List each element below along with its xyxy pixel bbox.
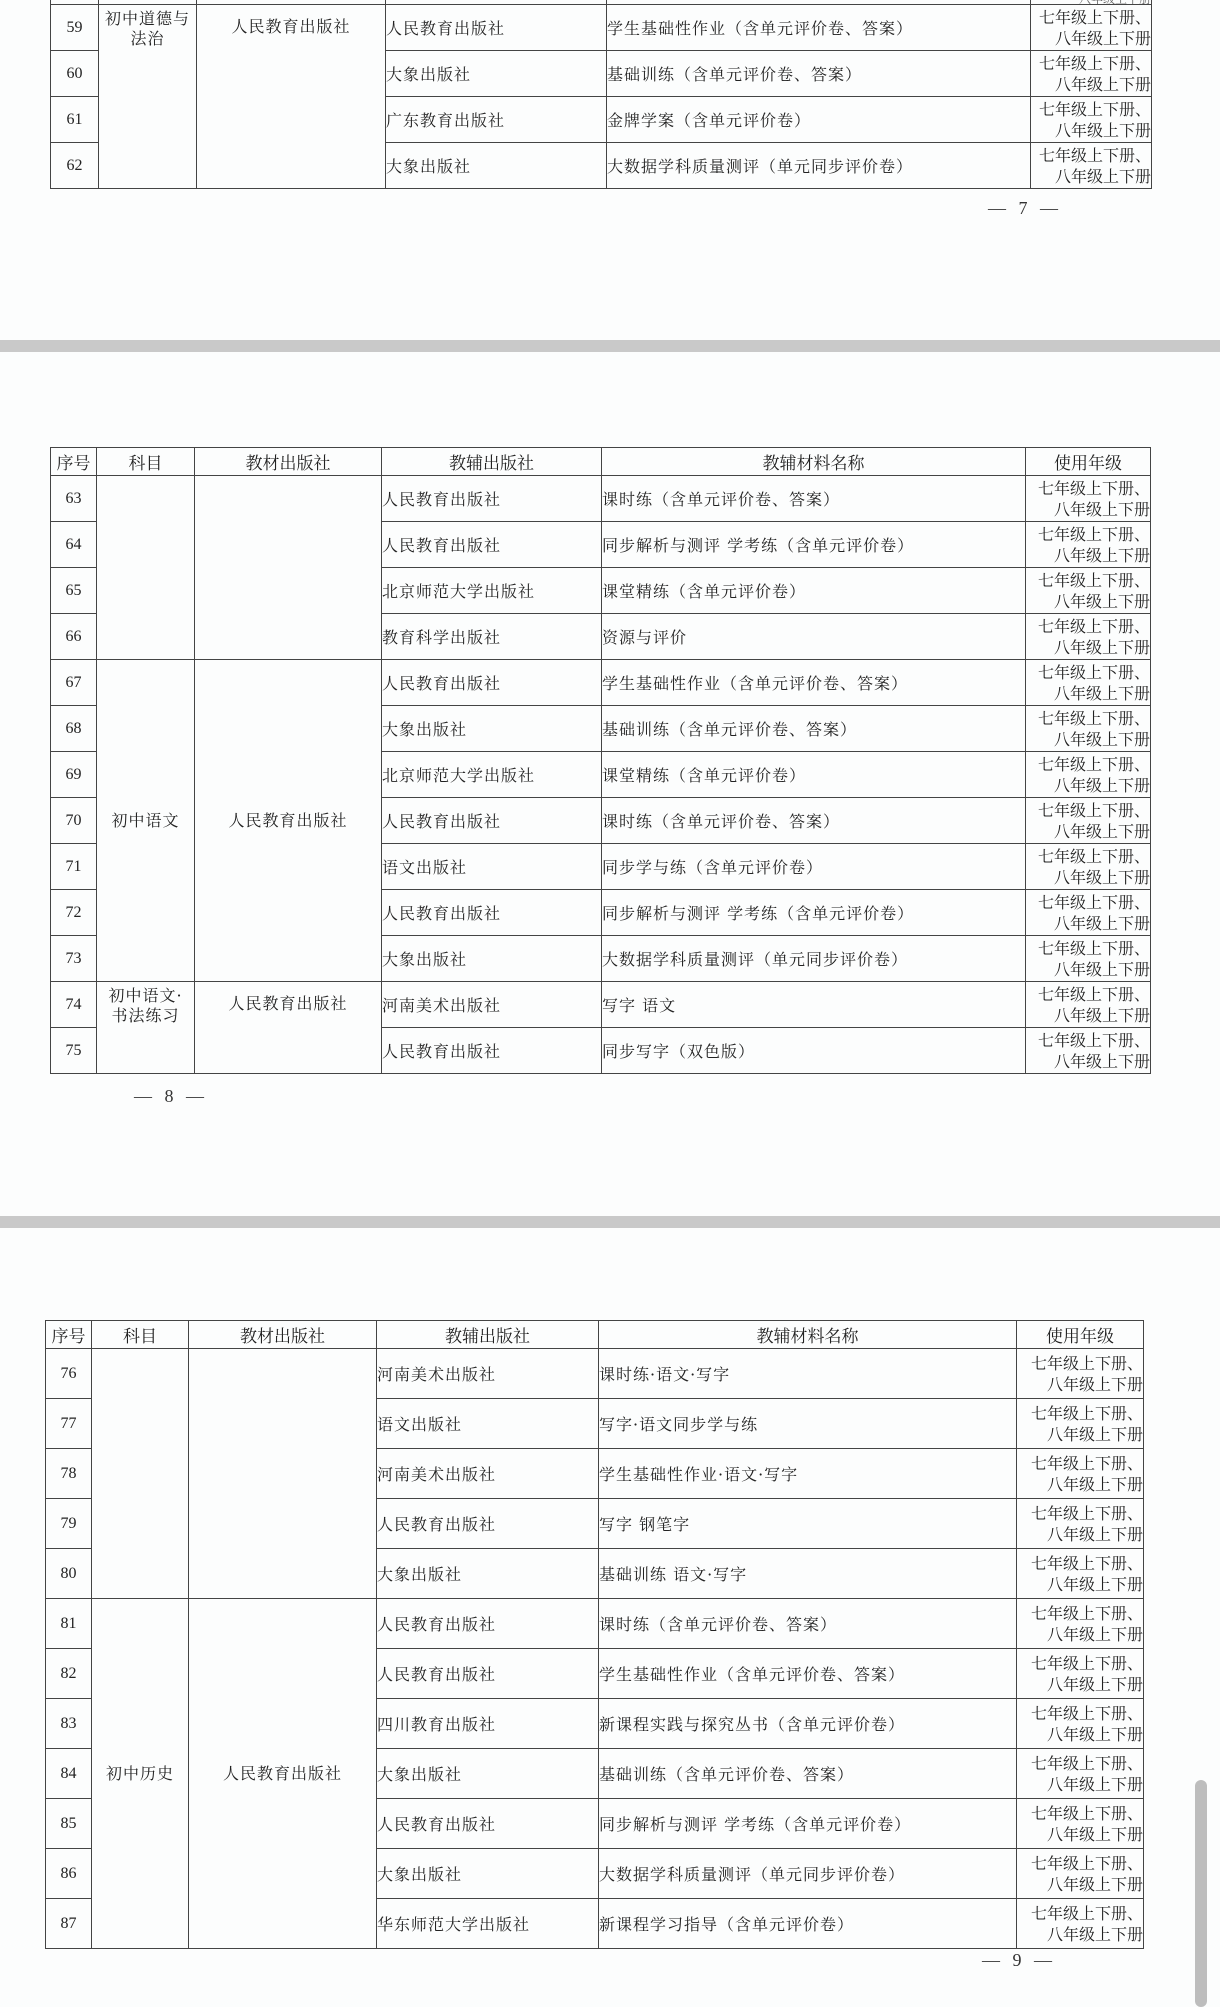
aux-publisher-cell: 教育科学出版社: [382, 614, 602, 660]
grade-line: 七年级上下册、: [1017, 1603, 1143, 1624]
grade-cell: 七年级上下册、八年级上下册: [1031, 51, 1152, 97]
grade-line: 八年级上下册: [1026, 499, 1150, 520]
header-subject: 科目: [92, 1321, 189, 1349]
aux-publisher-cell: 人民教育出版社: [382, 890, 602, 936]
grade-cell: 七年级上下册、八年级上下册: [1017, 1349, 1144, 1399]
textbook-publisher-cell: 人民教育出版社: [189, 1599, 377, 1949]
header-material-name: 教辅材料名称: [602, 448, 1026, 476]
grade-line: 八年级上下册: [1026, 729, 1150, 750]
seq-cell: 67: [51, 660, 97, 706]
subject-cell: 初中语文: [97, 660, 195, 982]
aux-publisher-cell: 北京师范大学出版社: [382, 752, 602, 798]
grade-line: 七年级上下册、: [1026, 524, 1150, 545]
seq-cell: 78: [46, 1449, 92, 1499]
subject-line: 初中道德与: [99, 9, 196, 29]
grade-line: 八年级上下册: [1026, 637, 1150, 658]
table-row: 74 初中语文· 书法练习 人民教育出版社 河南美术出版社 写字 语文 七年级上…: [51, 982, 1151, 1028]
aux-publisher-cell: 人民教育出版社: [386, 5, 607, 51]
aux-publisher-cell: 人民教育出版社: [382, 522, 602, 568]
seq-cell: 66: [51, 614, 97, 660]
page-7-table: 八年级上下册 59 初中道德与 法治 人民教育出版社 人民教育出版社 学生基础性…: [50, 0, 1152, 189]
material-name-cell: 同步解析与测评 学考练（含单元评价卷）: [599, 1799, 1017, 1849]
grade-line: 七年级上下册、: [1026, 478, 1150, 499]
grade-cell: 七年级上下册、八年级上下册: [1017, 1849, 1144, 1899]
header-seq: 序号: [46, 1321, 92, 1349]
aux-publisher-cell: 四川教育出版社: [377, 1699, 599, 1749]
material-name-cell: 学生基础性作业（含单元评价卷、答案）: [602, 660, 1026, 706]
grade-line: 八年级上下册: [1017, 1474, 1143, 1495]
grade-line: 八年级上下册: [1017, 1774, 1143, 1795]
grade-cell: 七年级上下册、八年级上下册: [1026, 890, 1151, 936]
grade-line: 七年级上下册、: [1031, 145, 1151, 166]
seq-cell: 62: [51, 143, 99, 189]
material-name-cell: 基础训练（含单元评价卷、答案）: [607, 51, 1031, 97]
textbook-publisher-cell: 人民教育出版社: [195, 660, 382, 982]
seq-cell: 76: [46, 1349, 92, 1399]
textbook-publisher-cell: [189, 1349, 377, 1599]
grade-cell: 七年级上下册、八年级上下册: [1017, 1699, 1144, 1749]
grade-line: 八年级上下册: [1026, 913, 1150, 934]
material-name-cell: 大数据学科质量测评（单元同步评价卷）: [607, 143, 1031, 189]
grade-line: 七年级上下册、: [1017, 1403, 1143, 1424]
seq-cell: 68: [51, 706, 97, 752]
grade-cell: 七年级上下册、八年级上下册: [1026, 936, 1151, 982]
aux-publisher-cell: 大象出版社: [377, 1849, 599, 1899]
table-row: 76 河南美术出版社 课时练·语文·写字 七年级上下册、八年级上下册: [46, 1349, 1144, 1399]
material-name-cell: 课时练·语文·写字: [599, 1349, 1017, 1399]
table-row: 63 人民教育出版社 课时练（含单元评价卷、答案） 七年级上下册、八年级上下册: [51, 476, 1151, 522]
aux-publisher-cell: 大象出版社: [386, 51, 607, 97]
grade-cell: 七年级上下册、八年级上下册: [1026, 982, 1151, 1028]
aux-publisher-cell: 人民教育出版社: [382, 660, 602, 706]
subject-line: 书法练习: [97, 1006, 194, 1026]
grade-line: 七年级上下册、: [1031, 7, 1151, 28]
textbook-publisher-cell: 人民教育出版社: [195, 982, 382, 1074]
grade-line: 七年级上下册、: [1026, 754, 1150, 775]
grade-cell: 七年级上下册、八年级上下册: [1017, 1499, 1144, 1549]
seq-cell: 61: [51, 97, 99, 143]
grade-line: 七年级上下册、: [1017, 1503, 1143, 1524]
header-seq: 序号: [51, 448, 97, 476]
grade-line: 七年级上下册、: [1017, 1803, 1143, 1824]
grade-line: 八年级上下册: [1017, 1724, 1143, 1745]
aux-publisher-cell: 人民教育出版社: [382, 1028, 602, 1074]
material-name-cell: 大数据学科质量测评（单元同步评价卷）: [602, 936, 1026, 982]
grade-line: 七年级上下册、: [1017, 1653, 1143, 1674]
grade-line: 七年级上下册、: [1026, 800, 1150, 821]
seq-cell: 82: [46, 1649, 92, 1699]
vertical-scrollbar[interactable]: [1195, 1780, 1207, 2007]
seq-cell: 75: [51, 1028, 97, 1074]
grade-line: 八年级上下册: [1026, 867, 1150, 888]
grade-line: 八年级上下册: [1026, 775, 1150, 796]
seq-cell: 69: [51, 752, 97, 798]
grade-cell: 七年级上下册、八年级上下册: [1026, 706, 1151, 752]
seq-cell: 70: [51, 798, 97, 844]
grade-cell: 七年级上下册、八年级上下册: [1031, 143, 1152, 189]
seq-cell: 60: [51, 51, 99, 97]
seq-cell: 74: [51, 982, 97, 1028]
grade-cell: 七年级上下册、八年级上下册: [1026, 522, 1151, 568]
aux-publisher-cell: 大象出版社: [377, 1549, 599, 1599]
grade-cell: 七年级上下册、八年级上下册: [1026, 476, 1151, 522]
seq-cell: 85: [46, 1799, 92, 1849]
material-name-cell: 同步解析与测评 学考练（含单元评价卷）: [602, 522, 1026, 568]
material-name-cell: 写字·语文同步学与练: [599, 1399, 1017, 1449]
material-name-cell: 写字 钢笔字: [599, 1499, 1017, 1549]
aux-publisher-cell: 北京师范大学出版社: [382, 568, 602, 614]
material-name-cell: 基础训练（含单元评价卷、答案）: [599, 1749, 1017, 1799]
subject-line: 初中语文·: [97, 986, 194, 1006]
table-row: 59 初中道德与 法治 人民教育出版社 人民教育出版社 学生基础性作业（含单元评…: [51, 5, 1152, 51]
grade-cell: 七年级上下册、八年级上下册: [1026, 844, 1151, 890]
seq-cell: 77: [46, 1399, 92, 1449]
grade-cell: 七年级上下册、八年级上下册: [1017, 1799, 1144, 1849]
grade-line: 七年级上下册、: [1026, 938, 1150, 959]
seq-cell: 59: [51, 5, 99, 51]
grade-line: 七年级上下册、: [1026, 984, 1150, 1005]
grade-line: 八年级上下册: [1026, 1005, 1150, 1026]
aux-publisher-cell: 人民教育出版社: [377, 1649, 599, 1699]
grade-line: 八年级上下册: [1017, 1874, 1143, 1895]
subject-cell: [97, 476, 195, 660]
header-grade: 使用年级: [1017, 1321, 1144, 1349]
grade-line: 八年级上下册: [1017, 1624, 1143, 1645]
subject-line: 法治: [99, 29, 196, 49]
grade-cell: 七年级上下册、八年级上下册: [1017, 1399, 1144, 1449]
aux-publisher-cell: 河南美术出版社: [377, 1349, 599, 1399]
grade-cell: 七年级上下册、八年级上下册: [1017, 1599, 1144, 1649]
aux-publisher-cell: 大象出版社: [386, 143, 607, 189]
material-name-cell: 新课程实践与探究丛书（含单元评价卷）: [599, 1699, 1017, 1749]
grade-line: 八年级上下册: [1031, 166, 1151, 187]
grade-line: 八年级上下册: [1026, 1051, 1150, 1072]
seq-cell: 83: [46, 1699, 92, 1749]
seq-cell: 71: [51, 844, 97, 890]
grade-cell: 七年级上下册、八年级上下册: [1026, 1028, 1151, 1074]
material-name-cell: 大数据学科质量测评（单元同步评价卷）: [599, 1849, 1017, 1899]
seq-cell: 65: [51, 568, 97, 614]
aux-publisher-cell: 语文出版社: [377, 1399, 599, 1449]
grade-line: 八年级上下册: [1017, 1924, 1143, 1945]
aux-publisher-cell: 大象出版社: [382, 936, 602, 982]
grade-cell: 七年级上下册、八年级上下册: [1026, 568, 1151, 614]
grade-line: 七年级上下册、: [1017, 1703, 1143, 1724]
material-name-cell: 金牌学案（含单元评价卷）: [607, 97, 1031, 143]
grade-cell: 七年级上下册、八年级上下册: [1026, 798, 1151, 844]
grade-cell: 七年级上下册、八年级上下册: [1031, 97, 1152, 143]
grade-cell: 七年级上下册、八年级上下册: [1017, 1899, 1144, 1949]
aux-publisher-cell: 广东教育出版社: [386, 97, 607, 143]
textbook-publisher-cell: [195, 476, 382, 660]
header-aux-publisher: 教辅出版社: [377, 1321, 599, 1349]
grade-line: 八年级上下册: [1026, 545, 1150, 566]
grade-line: 七年级上下册、: [1017, 1353, 1143, 1374]
aux-publisher-cell: 华东师范大学出版社: [377, 1899, 599, 1949]
page-number: — 9 —: [982, 1950, 1056, 1971]
material-name-cell: 同步解析与测评 学考练（含单元评价卷）: [602, 890, 1026, 936]
page-9: 序号 科目 教材出版社 教辅出版社 教辅材料名称 使用年级 76 河南美术出版社…: [0, 1228, 1220, 2007]
header-grade: 使用年级: [1026, 448, 1151, 476]
grade-line: 七年级上下册、: [1026, 892, 1150, 913]
table-header-row: 序号 科目 教材出版社 教辅出版社 教辅材料名称 使用年级: [51, 448, 1151, 476]
aux-publisher-cell: 人民教育出版社: [377, 1799, 599, 1849]
page-8-table: 序号 科目 教材出版社 教辅出版社 教辅材料名称 使用年级 63 人民教育出版社…: [50, 447, 1151, 1074]
grade-line: 八年级上下册: [1031, 28, 1151, 49]
material-name-cell: 课时练（含单元评价卷、答案）: [602, 798, 1026, 844]
material-name-cell: 基础训练 语文·写字: [599, 1549, 1017, 1599]
aux-publisher-cell: 河南美术出版社: [377, 1449, 599, 1499]
grade-cell: 七年级上下册、八年级上下册: [1026, 614, 1151, 660]
grade-cell: 七年级上下册、八年级上下册: [1017, 1549, 1144, 1599]
grade-line: 八年级上下册: [1031, 74, 1151, 95]
grade-line: 七年级上下册、: [1031, 99, 1151, 120]
grade-line: 八年级上下册: [1026, 683, 1150, 704]
material-name-cell: 基础训练（含单元评价卷、答案）: [602, 706, 1026, 752]
grade-line: 八年级上下册: [1017, 1824, 1143, 1845]
material-name-cell: 学生基础性作业·语文·写字: [599, 1449, 1017, 1499]
seq-cell: 87: [46, 1899, 92, 1949]
material-name-cell: 课时练（含单元评价卷、答案）: [602, 476, 1026, 522]
grade-line: 七年级上下册、: [1026, 570, 1150, 591]
material-name-cell: 学生基础性作业（含单元评价卷、答案）: [599, 1649, 1017, 1699]
grade-line: 七年级上下册、: [1026, 616, 1150, 637]
subject-cell: 初中历史: [92, 1599, 189, 1949]
aux-publisher-cell: 人民教育出版社: [382, 798, 602, 844]
seq-cell: 81: [46, 1599, 92, 1649]
grade-cell: 七年级上下册、八年级上下册: [1026, 752, 1151, 798]
grade-line: 八年级上下册: [1026, 959, 1150, 980]
material-name-cell: 写字 语文: [602, 982, 1026, 1028]
grade-line: 八年级上下册: [1017, 1374, 1143, 1395]
page-separator: [0, 1216, 1220, 1228]
page-9-table: 序号 科目 教材出版社 教辅出版社 教辅材料名称 使用年级 76 河南美术出版社…: [45, 1320, 1144, 1949]
grade-line: 七年级上下册、: [1017, 1753, 1143, 1774]
grade-line: 八年级上下册: [1017, 1424, 1143, 1445]
material-name-cell: 同步写字（双色版）: [602, 1028, 1026, 1074]
seq-cell: 86: [46, 1849, 92, 1899]
header-material-name: 教辅材料名称: [599, 1321, 1017, 1349]
aux-publisher-cell: 人民教育出版社: [377, 1599, 599, 1649]
grade-cell: 七年级上下册、八年级上下册: [1017, 1749, 1144, 1799]
aux-publisher-cell: 大象出版社: [377, 1749, 599, 1799]
seq-cell: 63: [51, 476, 97, 522]
seq-cell: 84: [46, 1749, 92, 1799]
header-textbook-publisher: 教材出版社: [195, 448, 382, 476]
material-name-cell: 课堂精练（含单元评价卷）: [602, 752, 1026, 798]
grade-cell: 七年级上下册、八年级上下册: [1017, 1449, 1144, 1499]
grade-line: 七年级上下册、: [1026, 1030, 1150, 1051]
seq-cell: 73: [51, 936, 97, 982]
material-name-cell: 课时练（含单元评价卷、答案）: [599, 1599, 1017, 1649]
grade-line: 八年级上下册: [1017, 1524, 1143, 1545]
material-name-cell: 学生基础性作业（含单元评价卷、答案）: [607, 5, 1031, 51]
grade-line: 八年级上下册: [1031, 120, 1151, 141]
grade-line: 七年级上下册、: [1017, 1453, 1143, 1474]
aux-publisher-cell: 人民教育出版社: [382, 476, 602, 522]
grade-line: 七年级上下册、: [1026, 662, 1150, 683]
aux-publisher-cell: 语文出版社: [382, 844, 602, 890]
aux-publisher-cell: 河南美术出版社: [382, 982, 602, 1028]
page-8: 序号 科目 教材出版社 教辅出版社 教辅材料名称 使用年级 63 人民教育出版社…: [0, 352, 1220, 1216]
aux-publisher-cell: 人民教育出版社: [377, 1499, 599, 1549]
grade-line: 七年级上下册、: [1017, 1553, 1143, 1574]
material-name-cell: 资源与评价: [602, 614, 1026, 660]
material-name-cell: 课堂精练（含单元评价卷）: [602, 568, 1026, 614]
material-name-cell: 新课程学习指导（含单元评价卷）: [599, 1899, 1017, 1949]
grade-line: 七年级上下册、: [1017, 1853, 1143, 1874]
page-number: — 8 —: [134, 1086, 208, 1107]
textbook-publisher-cell: 人民教育出版社: [197, 5, 386, 189]
grade-line: 七年级上下册、: [1017, 1903, 1143, 1924]
grade-cell: 七年级上下册、八年级上下册: [1026, 660, 1151, 706]
grade-line: 七年级上下册、: [1031, 53, 1151, 74]
seq-cell: 72: [51, 890, 97, 936]
grade-cell: 七年级上下册、八年级上下册: [1017, 1649, 1144, 1699]
seq-cell: 80: [46, 1549, 92, 1599]
header-aux-publisher: 教辅出版社: [382, 448, 602, 476]
table-row: 81 初中历史 人民教育出版社 人民教育出版社 课时练（含单元评价卷、答案） 七…: [46, 1599, 1144, 1649]
grade-line: 八年级上下册: [1026, 591, 1150, 612]
subject-cell: [92, 1349, 189, 1599]
aux-publisher-cell: 大象出版社: [382, 706, 602, 752]
grade-line: 八年级上下册: [1026, 821, 1150, 842]
grade-line: 七年级上下册、: [1026, 846, 1150, 867]
grade-line: 八年级上下册: [1017, 1574, 1143, 1595]
subject-cell: 初中道德与 法治: [99, 5, 197, 189]
grade-cell: 七年级上下册、八年级上下册: [1031, 5, 1152, 51]
grade-line: 八年级上下册: [1017, 1674, 1143, 1695]
grade-line: 七年级上下册、: [1026, 708, 1150, 729]
material-name-cell: 同步学与练（含单元评价卷）: [602, 844, 1026, 890]
table-header-row: 序号 科目 教材出版社 教辅出版社 教辅材料名称 使用年级: [46, 1321, 1144, 1349]
table-row: 67 初中语文 人民教育出版社 人民教育出版社 学生基础性作业（含单元评价卷、答…: [51, 660, 1151, 706]
page-number: — 7 —: [988, 198, 1062, 219]
page-7: 八年级上下册 59 初中道德与 法治 人民教育出版社 人民教育出版社 学生基础性…: [0, 0, 1220, 340]
page-separator: [0, 340, 1220, 352]
header-textbook-publisher: 教材出版社: [189, 1321, 377, 1349]
subject-cell: 初中语文· 书法练习: [97, 982, 195, 1074]
seq-cell: 79: [46, 1499, 92, 1549]
header-subject: 科目: [97, 448, 195, 476]
seq-cell: 64: [51, 522, 97, 568]
